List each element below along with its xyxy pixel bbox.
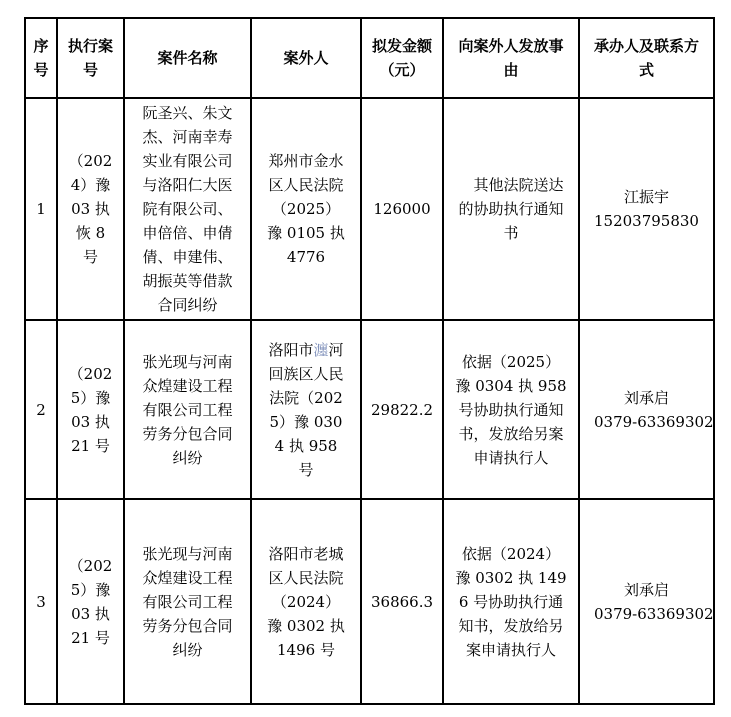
outsider-text-post: 河回族区人民法院（2025）豫 0304 执 958 号	[268, 341, 343, 479]
cell-case-no: （2025）豫 03 执 21 号	[57, 320, 124, 499]
cell-seq: 3	[25, 499, 57, 704]
cell-amount: 29822.2	[361, 320, 443, 499]
handler-name: 刘承启	[594, 386, 699, 410]
cell-reason: 依据（2024）豫 0302 执 1496 号协助执行通知书，发放给另案申请执行…	[443, 499, 579, 704]
handler-name: 刘承启	[594, 578, 699, 602]
header-seq: 序号	[25, 18, 57, 98]
header-outsider: 案外人	[251, 18, 361, 98]
cell-case-name: 阮圣兴、朱文杰、河南幸寿实业有限公司与洛阳仁大医院有限公司、申倍倍、申倩倩、申建…	[124, 98, 251, 320]
case-payment-table: 序号 执行案号 案件名称 案外人 拟发金额（元） 向案外人发放事由 承办人及联系…	[24, 17, 715, 705]
header-case-name: 案件名称	[124, 18, 251, 98]
table-row: 1 （2024）豫 03 执恢 8 号 阮圣兴、朱文杰、河南幸寿实业有限公司与洛…	[25, 98, 714, 320]
cell-handler: 刘承启 0379-63369302	[579, 499, 714, 704]
handler-phone: 0379-63369302	[594, 602, 699, 626]
table-row: 3 （2025）豫 03 执 21 号 张光现与河南众煌建设工程有限公司工程劳务…	[25, 499, 714, 704]
cell-case-no: （2024）豫 03 执恢 8 号	[57, 98, 124, 320]
cell-seq: 1	[25, 98, 57, 320]
cell-amount: 126000	[361, 98, 443, 320]
cell-outsider: 洛阳市瀍河回族区人民法院（2025）豫 0304 执 958 号	[251, 320, 361, 499]
document-page: { "colors": { "river_char_blue": "#7e8fb…	[0, 0, 731, 717]
header-handler: 承办人及联系方式	[579, 18, 714, 98]
cell-seq: 2	[25, 320, 57, 499]
cell-case-no: （2025）豫 03 执 21 号	[57, 499, 124, 704]
header-reason: 向案外人发放事由	[443, 18, 579, 98]
cell-outsider: 郑州市金水区人民法院（2025）豫 0105 执 4776	[251, 98, 361, 320]
outsider-text-pre: 洛阳市	[268, 341, 313, 359]
outsider-river-char: 瀍	[313, 341, 328, 359]
handler-phone: 15203795830	[594, 209, 699, 233]
cell-outsider: 洛阳市老城区人民法院（2024）豫 0302 执 1496 号	[251, 499, 361, 704]
header-amount: 拟发金额（元）	[361, 18, 443, 98]
cell-amount: 36866.3	[361, 499, 443, 704]
cell-reason: 依据（2025）豫 0304 执 958 号协助执行通知书，发放给另案申请执行人	[443, 320, 579, 499]
cell-case-name: 张光现与河南众煌建设工程有限公司工程劳务分包合同纠纷	[124, 320, 251, 499]
cell-reason: 其他法院送达的协助执行通知书	[443, 98, 579, 320]
cell-case-name: 张光现与河南众煌建设工程有限公司工程劳务分包合同纠纷	[124, 499, 251, 704]
table-row: 2 （2025）豫 03 执 21 号 张光现与河南众煌建设工程有限公司工程劳务…	[25, 320, 714, 499]
cell-handler: 刘承启 0379-63369302	[579, 320, 714, 499]
handler-phone: 0379-63369302	[594, 410, 699, 434]
table-header-row: 序号 执行案号 案件名称 案外人 拟发金额（元） 向案外人发放事由 承办人及联系…	[25, 18, 714, 98]
cell-handler: 江振宇 15203795830	[579, 98, 714, 320]
handler-name: 江振宇	[594, 185, 699, 209]
header-case-no: 执行案号	[57, 18, 124, 98]
